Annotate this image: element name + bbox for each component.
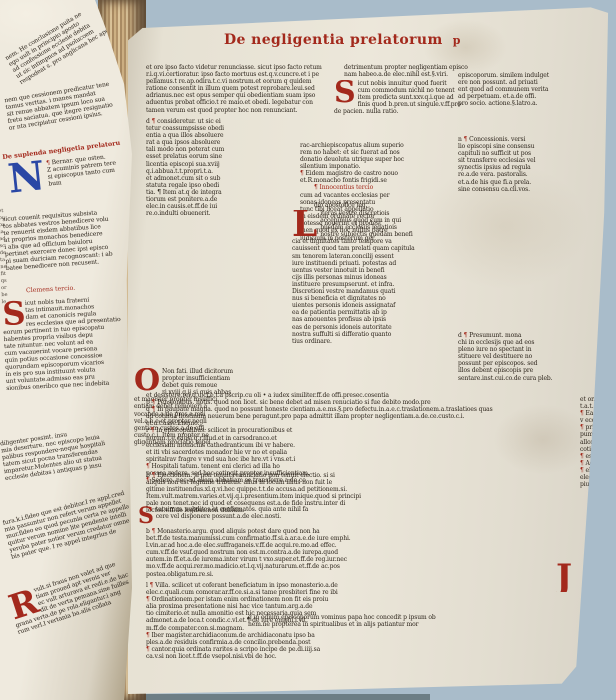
left-block-d1: fura.k.i.fideo que est debitor.I re appl… — [2, 490, 134, 561]
left-rubric-clemens: Clemens tercio. — [26, 285, 75, 295]
rightcol-block-3: d ¶ Presumunt. monachi in ecclesijs que … — [458, 332, 568, 382]
right-page-content: De negligentia prelatorump et ore ipso f… — [128, 6, 610, 694]
illuminated-initial-s2: S — [138, 507, 154, 525]
illuminated-initial-n-blue: N — [7, 160, 47, 196]
right-page: De negligentia prelatorump et ore ipso f… — [128, 6, 610, 694]
left-block-b: sicut couenit requisitus subsistatos abb… — [2, 208, 122, 272]
running-title: De negligentia prelatorump — [224, 32, 484, 48]
col2-literas-paragraph: L iteras vestre discretioisaccepimus quo… — [292, 210, 464, 345]
rightcol-block-2: n ¶ Concessionis. versilio episcopi sine… — [458, 136, 564, 193]
statuimus-paragraph: S tatuimus. subditos et confirmatos. qui… — [138, 506, 438, 525]
rightcol-block-1: episcoporum. similem indulgetere non pos… — [458, 72, 564, 107]
running-title-text: De negligentia prelatorum — [224, 32, 443, 48]
commentary-midband: et desistere.rei.q.u.cl.e.t.a pscrip.cu … — [146, 392, 514, 484]
left-block-a: nem que cessionem predicatur tenetamus v… — [4, 79, 124, 132]
bottom-lines: q in odium episcoporum vominus papa hoc … — [248, 614, 578, 628]
rightcol-fragment-list: et or.t.a.t.¶ Ea.v eccle¶ pripumumalloru… — [580, 396, 614, 488]
col1-top-paragraph: et ore ipso facto videtur renunciasse. s… — [146, 64, 338, 114]
col2-block-2: rac-archiepiscopatus alium superiorem no… — [300, 142, 450, 185]
left-block-c: diligenter possint. insumia deserture. n… — [0, 424, 124, 482]
illuminated-initial-s: S — [334, 81, 356, 105]
col2-literas-lines: iteras vestre discretioisaccepimus quod … — [292, 210, 464, 345]
commentary-lower-2: b ¶ Monasterio.argu. quod aliquis potest… — [146, 528, 550, 578]
photo-of-open-incunabulum: De negligentia prelatorump et ore ipso f… — [0, 0, 616, 700]
left-r-paragraph: R vult.si fraus non valet ad quetiam pro… — [6, 558, 137, 636]
title-mark: p — [453, 34, 461, 47]
left-s-paragraph: S icut nobis tua fraternitas intimauit.m… — [2, 295, 125, 392]
illuminated-initial-j: J — [556, 562, 572, 592]
illuminated-initial-s-left: S — [2, 300, 26, 327]
left-page: etpupalaadscdetanefitqsorbele nem. He co… — [0, 0, 132, 700]
illuminated-initial-o: O — [134, 369, 160, 393]
illuminated-initial-l: L — [292, 210, 317, 238]
rubric-innocentius: ¶ Innocentius tercio — [314, 184, 434, 191]
apostolice-line: dio apostolice leg. — [314, 202, 424, 209]
bottom-initial-wrap: J — [556, 562, 586, 592]
statuimus-lines: tatuimus. subditos et confirmatos. quia … — [138, 506, 438, 520]
col1-gloss-block: d ¶ consideretur. ut sic eitetur coassum… — [146, 118, 274, 217]
left-n-paragraph: N ¶ Bernar. que osten.Z acuminis patrem … — [7, 152, 122, 196]
